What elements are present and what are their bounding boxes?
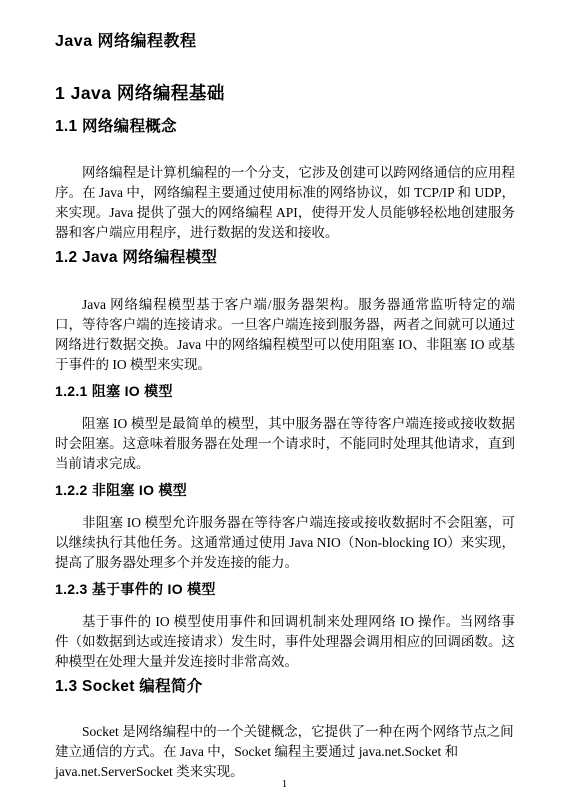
heading-section-1-2-3: 1.2.3 基于事件的 IO 模型 [55,581,515,597]
page-number: 1 [282,778,288,790]
paragraph-java-network-model: Java 网络编程模型基于客户端/服务器架构。服务器通常监听特定的端口，等待客户… [55,295,515,375]
doc-title: Java 网络编程教程 [55,33,515,51]
paragraph-event-based-io: 基于事件的 IO 模型使用事件和回调机制来处理网络 IO 操作。当网络事件（如数… [55,612,515,672]
page-footer: 1 [0,774,569,792]
heading-section-1-2-2: 1.2.2 非阻塞 IO 模型 [55,482,515,498]
heading-chapter-1: 1 Java 网络编程基础 [55,83,515,103]
heading-section-1-2-1: 1.2.1 阻塞 IO 模型 [55,383,515,399]
paragraph-network-programming-concept: 网络编程是计算机编程的一个分支，它涉及创建可以跨网络通信的应用程序。在 Java… [55,163,515,243]
heading-section-1-3: 1.3 Socket 编程简介 [55,678,515,696]
document-page: Java 网络编程教程 1 Java 网络编程基础 1.1 网络编程概念 网络编… [0,0,569,797]
heading-section-1-2: 1.2 Java 网络编程模型 [55,249,515,267]
paragraph-blocking-io: 阻塞 IO 模型是最简单的模型，其中服务器在等待客户端连接或接收数据时会阻塞。这… [55,414,515,474]
paragraph-nonblocking-io: 非阻塞 IO 模型允许服务器在等待客户端连接或接收数据时不会阻塞，可以继续执行其… [55,513,515,573]
heading-section-1-1: 1.1 网络编程概念 [55,118,515,136]
